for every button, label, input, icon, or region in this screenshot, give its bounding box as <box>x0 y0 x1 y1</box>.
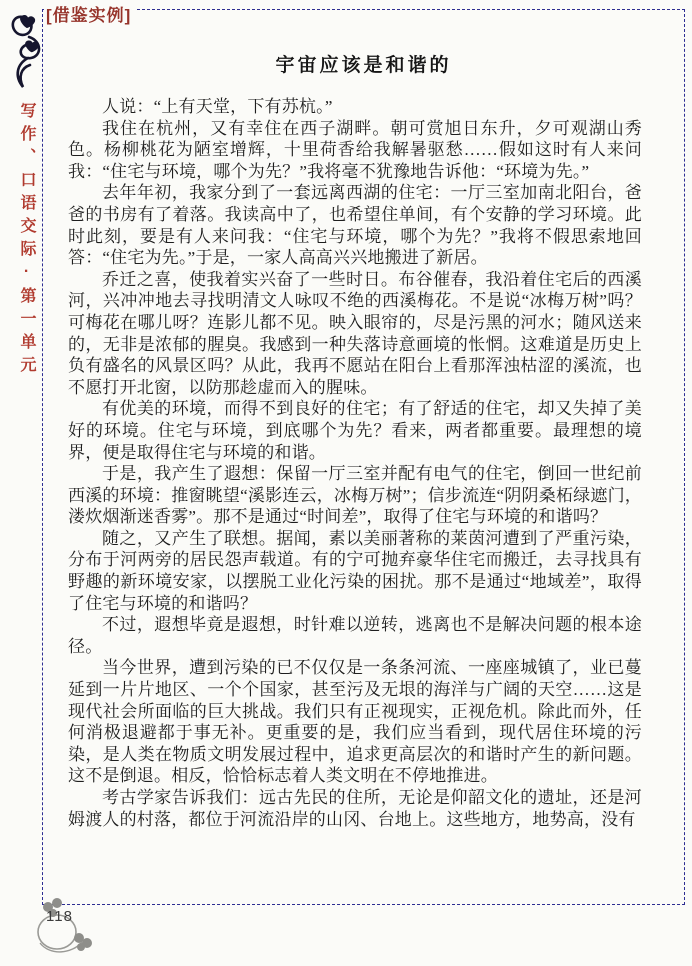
paragraph: 当今世界，遭到污染的已不仅仅是一条条河流、一座座城镇了，业已蔓延到一片片地区、一… <box>68 657 642 787</box>
paragraph: 考古学家告诉我们：远古先民的住所，无论是仰韶文化的遗址，还是河姆渡人的村落，都位… <box>68 787 642 830</box>
section-label: [借鉴实例] <box>44 1 137 26</box>
paragraph: 有优美的环境，而得不到良好的住宅；有了舒适的住宅，却又失掉了美好的环境。住宅与环… <box>68 398 642 463</box>
paragraph: 不过，遐想毕竟是遐想，时针难以逆转，逃离也不是解决问题的根本途径。 <box>68 614 642 657</box>
paragraph: 于是，我产生了遐想：保留一厅三室并配有电气的住宅，倒回一世纪前西溪的环境：推窗眺… <box>68 463 642 528</box>
paragraph: 我住在杭州，又有幸住在西子湖畔。朝可赏旭日东升，夕可观湖山秀色。杨柳桃花为陋室增… <box>68 118 642 183</box>
article-body: 人说：“上有天堂，下有苏杭。” 我住在杭州，又有幸住在西子湖畔。朝可赏旭日东升，… <box>68 96 642 830</box>
floral-swirl-ornament-icon <box>7 10 47 90</box>
article-title: 宇宙应该是和谐的 <box>42 50 685 77</box>
paragraph: 随之，又产生了联想。据闻，素以美丽著称的莱茵河遭到了严重污染，分布于河两旁的居民… <box>68 528 642 614</box>
paragraph: 去年年初，我家分到了一套远离西湖的住宅：一厅三室加南北阳台，爸爸的书房有了着落。… <box>68 182 642 268</box>
paragraph: 乔迁之喜，使我着实兴奋了一些时日。布谷催春，我沿着住宅后的西溪河，兴冲冲地去寻找… <box>68 269 642 399</box>
sidebar-unit-label: 写作、口语交际·第一单元 <box>15 102 38 379</box>
page-number: 118 <box>46 908 73 925</box>
paragraph: 人说：“上有天堂，下有苏杭。” <box>68 96 642 118</box>
book-page: 写作、口语交际·第一单元 [借鉴实例] 宇宙应该是和谐的 人说：“上有天堂，下有… <box>0 0 692 966</box>
